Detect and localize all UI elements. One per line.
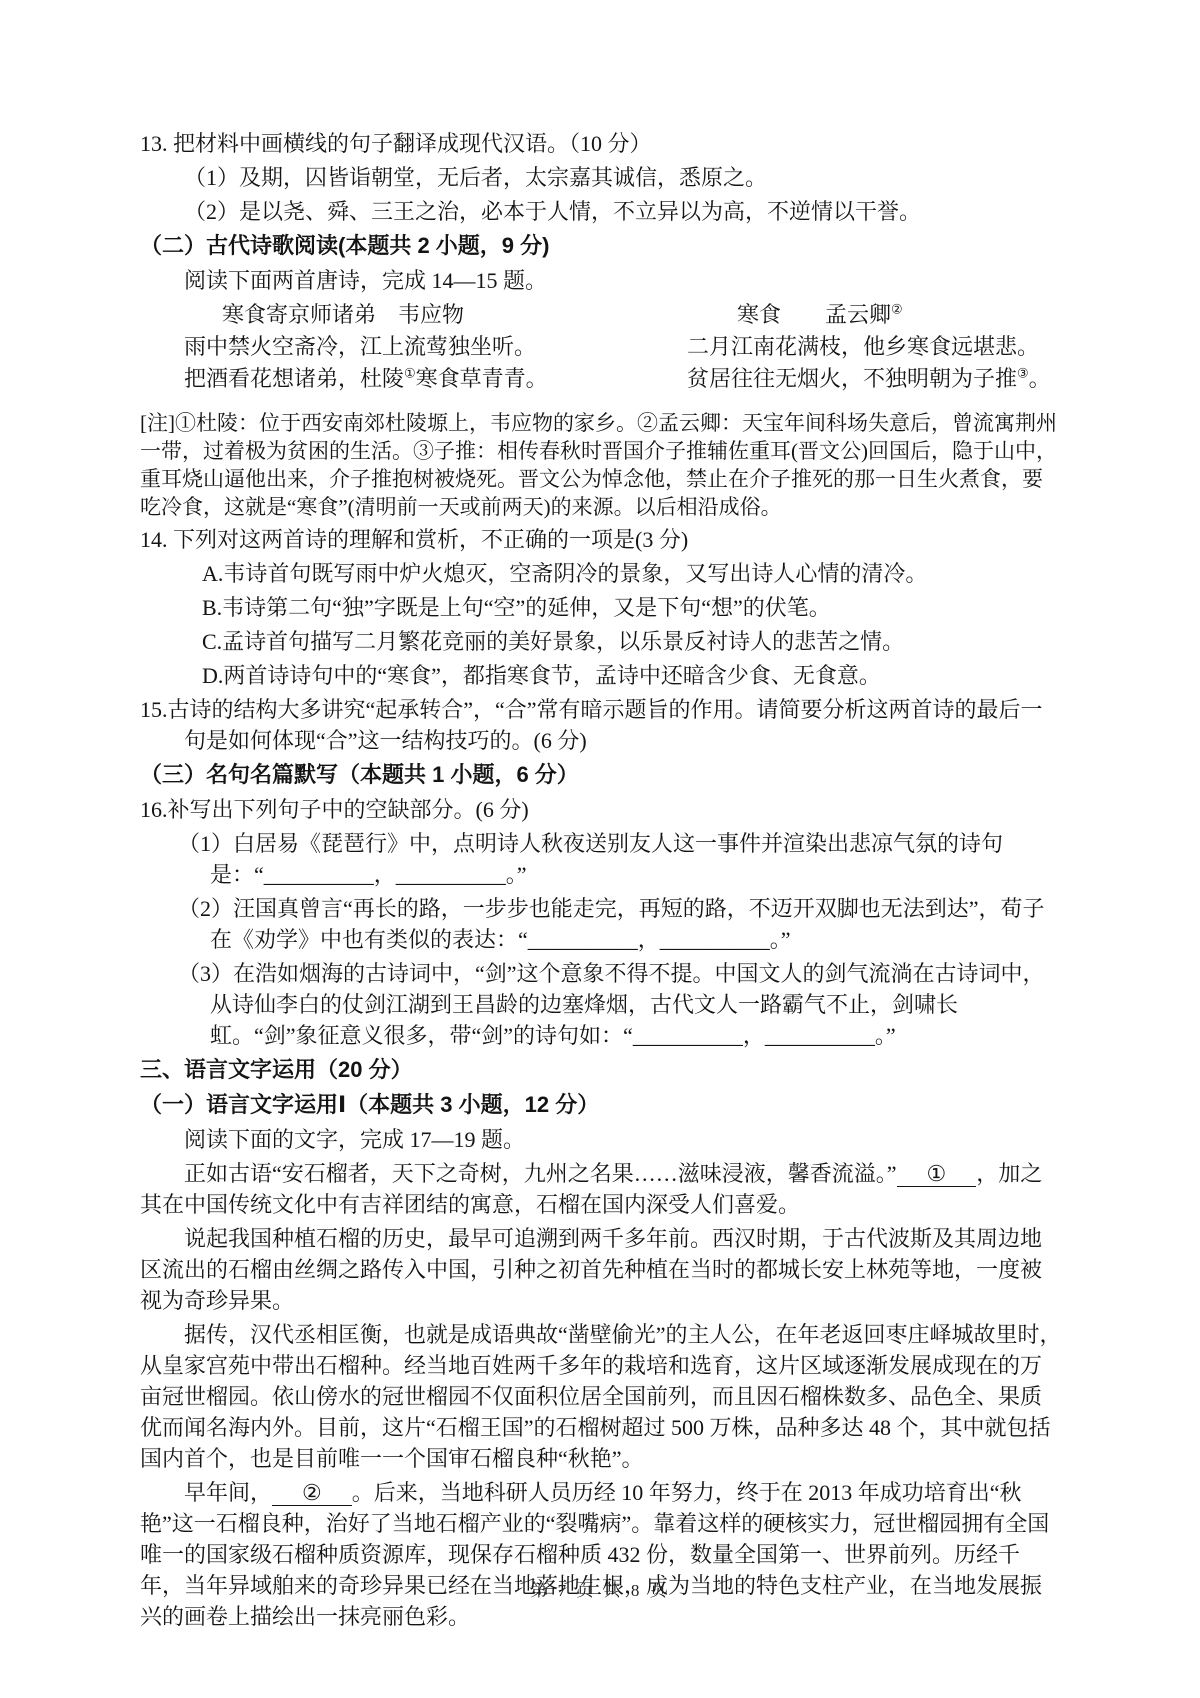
page-content: 13. 把材料中画横线的句子翻译成现代汉语。（10 分） （1）及期，囚皆诣朝堂… (140, 128, 1062, 1635)
q14-option-c: C.孟诗首句描写二月繁花竞丽的美好景象，以乐景反衬诗人的悲苦之情。 (140, 626, 1062, 657)
section-2-heading: （二）古代诗歌阅读(本题共 2 小题，9 分) (140, 230, 1062, 262)
q14-option-b: B.韦诗第二句“独”字既是上句“空”的延伸，又是下句“想”的伏笔。 (140, 592, 1062, 623)
passage-para-1-text: 正如古语“安石榴者，天下之奇树，九州之名果……滋味浸液，馨香流溢。” (184, 1161, 897, 1186)
passage-para-3: 据传，汉代丞相匡衡，也就是成语典故“凿壁偷光”的主人公，在年老返回枣庄峄城故里时… (140, 1319, 1062, 1474)
poem-left-title-text: 寒食寄京师诸弟 (222, 302, 376, 327)
q16-item-1: （1）白居易《琵琶行》中，点明诗人秋夜送别友人这一事件并渲染出悲凉气氛的诗句是：… (140, 828, 1062, 890)
poem-right-title: 寒食孟云卿② (687, 299, 1062, 331)
q13-stem: 13. 把材料中画横线的句子翻译成现代汉语。（10 分） (140, 128, 1062, 159)
note-ref-3-icon: ③ (1017, 366, 1029, 381)
fill-blank-1: ① (897, 1162, 977, 1187)
exam-page: 13. 把材料中画横线的句子翻译成现代汉语。（10 分） （1）及期，囚皆诣朝堂… (0, 0, 1200, 1698)
poem-footnote: [注]①杜陵：位于西安南郊杜陵塬上，韦应物的家乡。②孟云卿：天宝年间科场失意后，… (140, 409, 1062, 521)
passage-para-4: 早年间，②。后来，当地科研人员历经 10 年努力，终于在 2013 年成功培育出… (140, 1477, 1062, 1632)
poem-right-line-2-tail: 。 (1029, 366, 1051, 391)
poem-left-author: 韦应物 (398, 302, 464, 327)
q16-item-3: （3）在浩如烟海的古诗词中，“剑”这个意象不得不提。中国文人的剑气流淌在古诗词中… (140, 958, 1062, 1051)
q14-stem: 14. 下列对这两首诗的理解和赏析，不正确的一项是(3 分) (140, 524, 1062, 555)
q16-stem: 16.补写出下列句子中的空缺部分。(6 分) (140, 794, 1062, 825)
poem-wei-yingwu: 寒食寄京师诸弟韦应物 雨中禁火空斋冷，江上流莺独坐听。 把酒看花想诸弟，杜陵①寒… (140, 299, 645, 395)
poem-right-author: 孟云卿 (825, 302, 891, 327)
part-3-sub-1-heading: （一）语言文字运用Ⅰ（本题共 3 小题，12 分） (140, 1089, 1062, 1121)
q13-item-1: （1）及期，囚皆诣朝堂，无后者，太宗嘉其诚信，悉原之。 (140, 162, 1062, 193)
q13-item-2: （2）是以尧、舜、三王之治，必本于人情，不立异以为高，不逆情以干誉。 (140, 196, 1062, 227)
note-ref-1-icon: ① (404, 366, 416, 381)
q16-item-2: （2）汪国真曾言“再长的路，一步步也能走完，再短的路，不迈开双脚也无法到达”，荀… (140, 893, 1062, 955)
q14-option-d: D.两首诗诗句中的“寒食”，都指寒食节，孟诗中还暗含少食、无食意。 (140, 660, 1062, 691)
passage-para-4-text: 早年间， (184, 1480, 272, 1505)
fill-blank-2: ② (272, 1481, 352, 1506)
passage-para-1: 正如古语“安石榴者，天下之奇树，九州之名果……滋味浸液，馨香流溢。”①，加之其在… (140, 1158, 1062, 1220)
section-3-heading: （三）名句名篇默写（本题共 1 小题，6 分） (140, 759, 1062, 791)
poem-left-line-2: 把酒看花想诸弟，杜陵①寒食草青青。 (184, 363, 645, 395)
poem-left-title: 寒食寄京师诸弟韦应物 (184, 299, 645, 331)
passage-intro: 阅读下面的文字，完成 17—19 题。 (140, 1124, 1062, 1155)
poems-intro: 阅读下面两首唐诗，完成 14—15 题。 (140, 265, 1062, 296)
note-ref-2-icon: ② (891, 302, 903, 317)
q14-option-a: A.韦诗首句既写雨中炉火熄灭，空斋阴冷的景象，又写出诗人心情的清冷。 (140, 558, 1062, 589)
page-footer: 第 7 页 共 8 页 (0, 1576, 1200, 1601)
q15-stem: 15.古诗的结构大多讲究“起承转合”，“合”常有暗示题旨的作用。请简要分析这两首… (140, 694, 1062, 756)
poems-block: 寒食寄京师诸弟韦应物 雨中禁火空斋冷，江上流莺独坐听。 把酒看花想诸弟，杜陵①寒… (140, 299, 1062, 395)
passage-para-2: 说起我国种植石榴的历史，最早可追溯到两千多年前。西汉时期，于古代波斯及其周边地区… (140, 1223, 1062, 1316)
poem-left-line-2-text: 把酒看花想诸弟，杜陵 (184, 366, 404, 391)
poem-right-line-1: 二月江南花满枝，他乡寒食远堪悲。 (687, 331, 1062, 363)
poem-right-line-2-text: 贫居往往无烟火，不独明朝为子推 (687, 366, 1017, 391)
part-3-heading: 三、语言文字运用（20 分） (140, 1054, 1062, 1086)
poem-left-line-1: 雨中禁火空斋冷，江上流莺独坐听。 (184, 331, 645, 363)
poem-right-title-text: 寒食 (737, 302, 781, 327)
poem-right-line-2: 贫居往往无烟火，不独明朝为子推③。 (687, 363, 1062, 395)
poem-meng-yunqing: 寒食孟云卿② 二月江南花满枝，他乡寒食远堪悲。 贫居往往无烟火，不独明朝为子推③… (645, 299, 1062, 395)
poem-left-line-2-tail: 寒食草青青。 (416, 366, 548, 391)
